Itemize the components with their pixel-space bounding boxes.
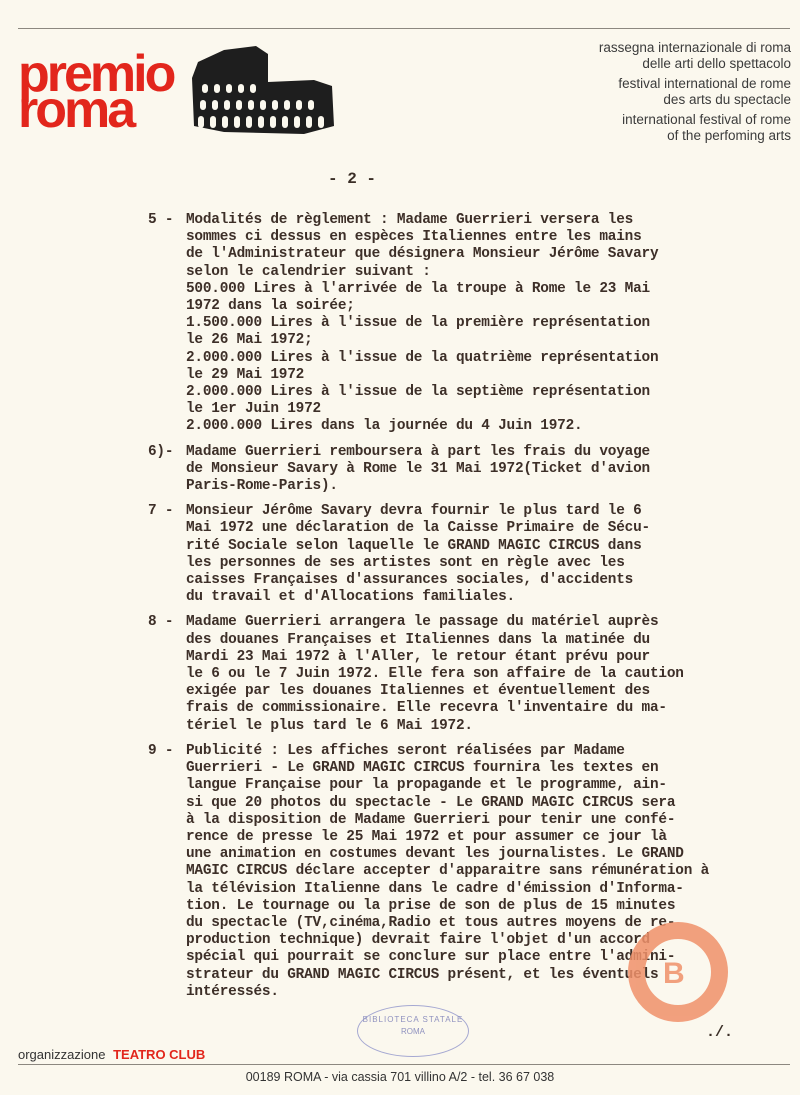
- tagline-italian: rassegna internazionale di roma delle ar…: [599, 40, 791, 72]
- festival-taglines: rassegna internazionale di roma delle ar…: [599, 40, 791, 148]
- text-line: tion. Le tournage ou la prise de son de …: [186, 898, 709, 915]
- clause-number: 9 -: [148, 743, 186, 1001]
- top-rule: [18, 28, 790, 29]
- baldini-watermark-icon: B: [628, 922, 728, 1022]
- text-line: de Monsieur Savary à Rome le 31 Mai 1972…: [186, 461, 650, 478]
- text-line: rité Sociale selon laquelle le GRAND MAG…: [186, 538, 650, 555]
- footer-address: 00189 ROMA - via cassia 701 villino A/2 …: [0, 1070, 800, 1084]
- clause-item: 8 - Madame Guerrieri arrangera le passag…: [148, 614, 798, 734]
- clause-text: Madame Guerrieri arrangera le passage du…: [186, 614, 684, 734]
- clause-number: 6)-: [148, 444, 186, 496]
- text-line: exigée par les douanes Italiennes et éve…: [186, 683, 684, 700]
- text-line: caisses Françaises d'assurances sociales…: [186, 572, 650, 589]
- text-line: 2.000.000 Lires à l'issue de la quatrièm…: [186, 350, 658, 367]
- colosseum-icon: [184, 40, 340, 138]
- clause-item: 7 - Monsieur Jérôme Savary devra fournir…: [148, 503, 798, 606]
- text-line: du travail et d'Allocations familiales.: [186, 589, 650, 606]
- text-line: sommes ci dessus en espèces Italiennes e…: [186, 229, 658, 246]
- text-line: les personnes de ses artistes sont en rè…: [186, 555, 650, 572]
- text-line: 1.500.000 Lires à l'issue de la première…: [186, 315, 658, 332]
- text-line: Madame Guerrieri remboursera à part les …: [186, 444, 650, 461]
- text-line: le 6 ou le 7 Juin 1972. Elle fera son af…: [186, 666, 684, 683]
- text-line: des douanes Françaises et Italiennes dan…: [186, 632, 684, 649]
- text-line: Publicité : Les affiches seront réalisée…: [186, 743, 709, 760]
- text-line: le 26 Mai 1972;: [186, 332, 658, 349]
- clause-text: Madame Guerrieri remboursera à part les …: [186, 444, 650, 496]
- text-line: selon le calendrier suivant :: [186, 264, 658, 281]
- text-line: Madame Guerrieri arrangera le passage du…: [186, 614, 684, 631]
- premio-roma-logo: premio roma: [18, 56, 173, 128]
- text-line: Guerrieri - Le GRAND MAGIC CIRCUS fourni…: [186, 760, 709, 777]
- footer-organization: organizzazione TEATRO CLUB: [18, 1047, 205, 1062]
- text-line: Modalités de règlement : Madame Guerrier…: [186, 212, 658, 229]
- library-stamp: BIBLIOTECA STATALE ROMA: [357, 1005, 469, 1057]
- text-line: langue Française pour la propagande et l…: [186, 777, 709, 794]
- text-line: tériel le plus tard le 6 Mai 1972.: [186, 718, 684, 735]
- text-line: production technique) devrait faire l'ob…: [186, 932, 709, 949]
- org-prefix: organizzazione: [18, 1047, 105, 1062]
- text-line: rence de presse le 25 Mai 1972 et pour a…: [186, 829, 709, 846]
- text-line: le 29 Mai 1972: [186, 367, 658, 384]
- clause-number: 7 -: [148, 503, 186, 606]
- text-line: une animation en costumes devant les jou…: [186, 846, 709, 863]
- text-line: la télévision Italienne dans le cadre d'…: [186, 881, 709, 898]
- text-line: Mardi 23 Mai 1972 à l'Aller, le retour é…: [186, 649, 684, 666]
- text-line: de l'Administrateur que désignera Monsie…: [186, 246, 658, 263]
- text-line: MAGIC CIRCUS déclare accepter d'apparait…: [186, 863, 709, 880]
- text-line: frais de commissionaire. Elle recevra l'…: [186, 700, 684, 717]
- page-number: - 2 -: [328, 170, 376, 188]
- text-line: 500.000 Lires à l'arrivée de la troupe à…: [186, 281, 658, 298]
- text-line: le 1er Juin 1972: [186, 401, 658, 418]
- text-line: Mai 1972 une déclaration de la Caisse Pr…: [186, 520, 650, 537]
- text-line: Paris-Rome-Paris).: [186, 478, 650, 495]
- tagline-english: international festival of rome of the pe…: [599, 112, 791, 144]
- text-line: à la disposition de Madame Guerrieri pou…: [186, 812, 709, 829]
- clause-text: Modalités de règlement : Madame Guerrier…: [186, 212, 658, 436]
- bottom-rule: [18, 1064, 790, 1065]
- clause-text: Monsieur Jérôme Savary devra fournir le …: [186, 503, 650, 606]
- org-name: TEATRO CLUB: [113, 1047, 205, 1062]
- tagline-french: festival international de rome des arts …: [599, 76, 791, 108]
- text-line: si que 20 photos du spectacle - Le GRAND…: [186, 795, 709, 812]
- text-line: 2.000.000 Lires à l'issue de la septième…: [186, 384, 658, 401]
- text-line: 2.000.000 Lires dans la journée du 4 Jui…: [186, 418, 658, 435]
- text-line: Monsieur Jérôme Savary devra fournir le …: [186, 503, 650, 520]
- letter-body: 5 - Modalités de règlement : Madame Guer…: [148, 212, 798, 1009]
- clause-number: 5 -: [148, 212, 186, 436]
- clause-item: 6)- Madame Guerrieri remboursera à part …: [148, 444, 798, 496]
- clause-number: 8 -: [148, 614, 186, 734]
- text-line: 1972 dans la soirée;: [186, 298, 658, 315]
- clause-item: 5 - Modalités de règlement : Madame Guer…: [148, 212, 798, 436]
- text-line: du spectacle (TV,cinéma,Radio et tous au…: [186, 915, 709, 932]
- continuation-mark: ./.: [706, 1024, 733, 1041]
